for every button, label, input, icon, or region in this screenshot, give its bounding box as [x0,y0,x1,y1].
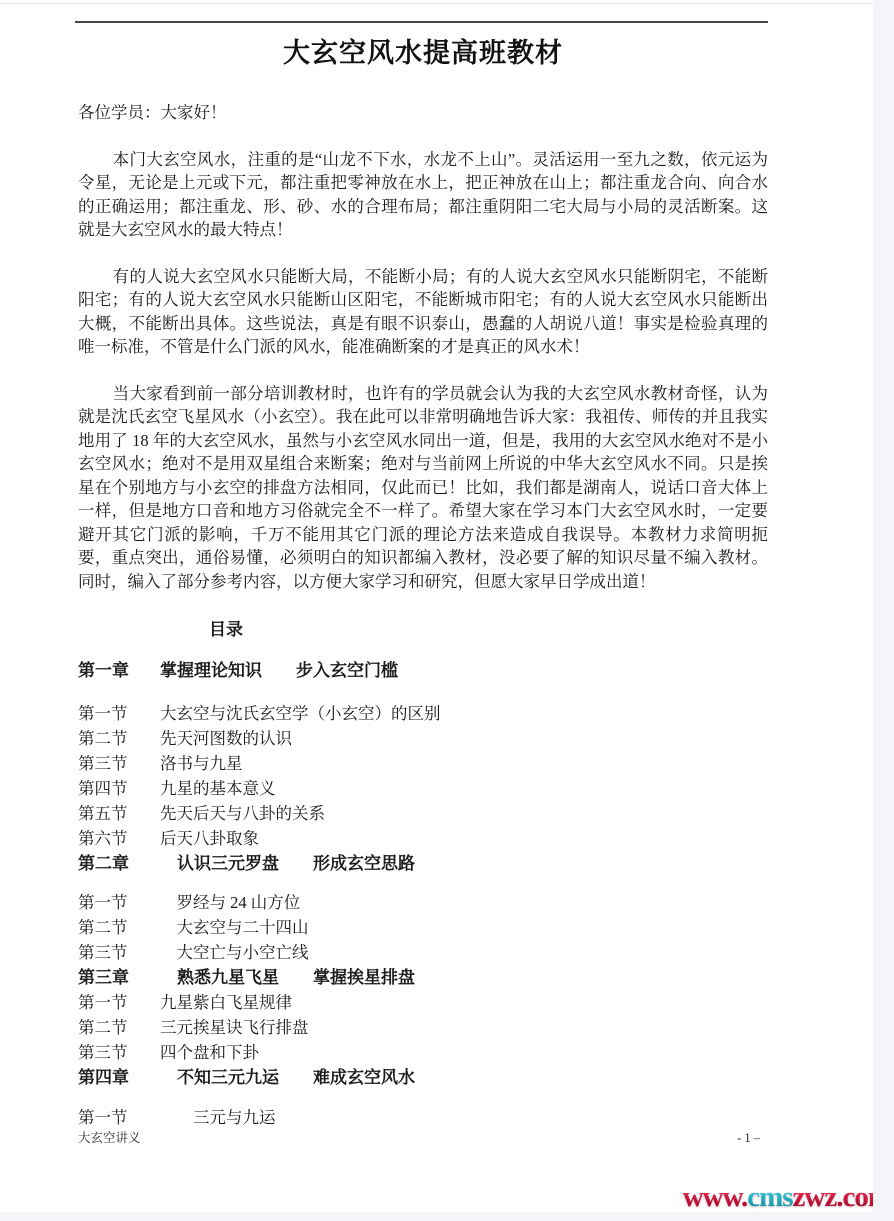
toc-row-title: 九星的基本意义 [160,776,276,801]
toc-row: 第五节先天后天与八卦的关系 [78,801,768,826]
toc-heading: 目录 [209,617,768,642]
toc-list: 第一章掌握理论知识 步入玄空门槛第一节大玄空与沈氏玄空学（小玄空）的区别第二节先… [78,658,768,1130]
toc-row-title: 三元与九运 [160,1105,276,1130]
body-paragraph: 有的人说大玄空风水只能断大局，不能断小局；有的人说大玄空风水只能断阴宅，不能断阳… [78,265,768,359]
toc-row: 第三节洛书与九星 [78,751,768,776]
toc-row-number: 第一节 [78,701,160,726]
toc-row-number: 第一节 [78,890,160,915]
toc-row-number: 第三节 [78,1040,160,1065]
header-rule [75,21,768,23]
toc-row-title: 四个盘和下卦 [160,1040,259,1065]
toc-row-number: 第五节 [78,801,160,826]
toc-row-number: 第一章 [78,658,160,683]
toc-row: 第一章掌握理论知识 步入玄空门槛 [78,658,768,683]
watermark: www.cmszwz.com [683,1182,891,1212]
toc-row-title: 后天八卦取象 [160,826,259,851]
toc-row-number: 第三章 [78,965,160,990]
toc-row-number: 第一节 [78,990,160,1015]
page-title: 大玄空风水提高班教材 [78,35,768,71]
toc-row-title: 先天后天与八卦的关系 [160,801,325,826]
toc-row: 第二节先天河图数的认识 [78,726,768,751]
toc-row: 第一节 三元与九运 [78,1105,768,1130]
toc-row: 第一节九星紫白飞星规律 [78,990,768,1015]
document-content: 大玄空风水提高班教材 各位学员：大家好！ 本门大玄空风水，注重的是“山龙不下水，… [78,0,768,1130]
toc-row: 第一节大玄空与沈氏玄空学（小玄空）的区别 [78,701,768,726]
toc-row-title: 洛书与九星 [160,751,243,776]
toc-row-title: 罗经与 24 山方位 [160,890,300,915]
toc-row-title: 熟悉九星飞星 掌握挨星排盘 [160,965,415,990]
toc-row-number: 第四章 [78,1065,160,1090]
body-paragraph: 当大家看到前一部分培训教材时，也许有的学员就会认为我的大玄空风水教材奇怪，认为就… [78,382,768,594]
toc-row: 第二节三元挨星诀飞行排盘 [78,1015,768,1040]
footer-page-number: - 1 – [737,1130,760,1147]
toc-row-title: 不知三元九运 难成玄空风水 [160,1065,415,1090]
toc-row: 第一节 罗经与 24 山方位 [78,890,768,915]
watermark-segment-cms: cms [747,1181,792,1213]
watermark-segment-www: www. [683,1181,747,1213]
toc-row-number: 第三节 [78,751,160,776]
toc-row-number: 第二节 [78,915,160,940]
toc-row-number: 第二节 [78,726,160,751]
toc-row-title: 九星紫白飞星规律 [160,990,292,1015]
bottom-edge-strip [0,1212,894,1221]
toc-row: 第二节 大玄空与二十四山 [78,915,768,940]
toc-row: 第三节 大空亡与小空亡线 [78,940,768,965]
toc-row-number: 第二节 [78,1015,160,1040]
toc-row-number: 第四节 [78,776,160,801]
toc-row-title: 认识三元罗盘 形成玄空思路 [160,851,415,876]
toc-row: 第二章 认识三元罗盘 形成玄空思路 [78,851,768,876]
right-edge-strip [873,0,894,1221]
toc-row-title: 大空亡与小空亡线 [160,940,309,965]
toc-row: 第六节后天八卦取象 [78,826,768,851]
toc-row: 第四节九星的基本意义 [78,776,768,801]
toc-row: 第三节四个盘和下卦 [78,1040,768,1065]
toc-row: 第三章 熟悉九星飞星 掌握挨星排盘 [78,965,768,990]
toc-row: 第四章 不知三元九运 难成玄空风水 [78,1065,768,1090]
toc-row-number: 第二章 [78,851,160,876]
document-page: 大玄空风水提高班教材 各位学员：大家好！ 本门大玄空风水，注重的是“山龙不下水，… [0,0,894,1221]
toc-row-title: 先天河图数的认识 [160,726,292,751]
footer: 大玄空讲义 - 1 – [78,1130,760,1147]
toc-row-number: 第一节 [78,1105,160,1130]
greeting-line: 各位学员：大家好！ [78,101,768,125]
body-paragraph: 本门大玄空风水，注重的是“山龙不下水，水龙不上山”。灵活运用一至九之数，依元运为… [78,148,768,242]
toc-row-title: 大玄空与沈氏玄空学（小玄空）的区别 [160,701,441,726]
toc-row-number: 第三节 [78,940,160,965]
toc-row-title: 大玄空与二十四山 [160,915,309,940]
footer-doc-title: 大玄空讲义 [78,1130,141,1147]
toc-row-number: 第六节 [78,826,160,851]
toc-row-title: 三元挨星诀飞行排盘 [160,1015,309,1040]
toc-row-title: 掌握理论知识 步入玄空门槛 [160,658,398,683]
